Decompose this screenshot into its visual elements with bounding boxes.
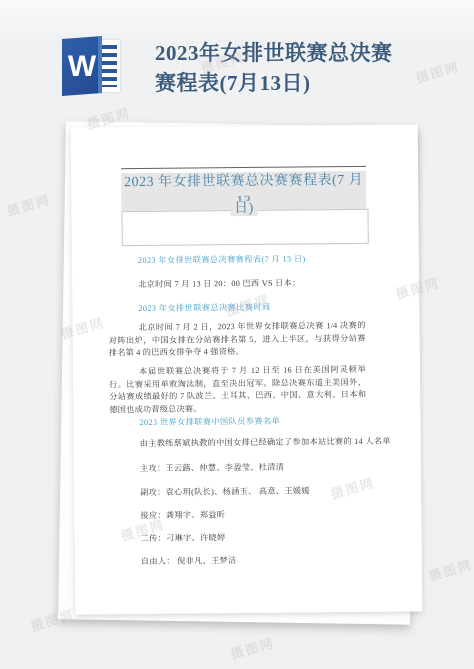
doc-roster-line-opposites: 接应：龚翔宇、郑益昕 — [140, 509, 225, 521]
preview-title-line1: 2023年女排世联赛总决赛 — [155, 38, 405, 68]
doc-roster-line-liberos: 自由人： 倪非凡、王梦洁 — [141, 555, 237, 567]
document-page: 2023 年女排世联赛总决赛赛程表(7 月 13 日) 2023 年女排世联赛总… — [71, 124, 423, 614]
doc-top-divider — [121, 166, 366, 169]
doc-roster-line-middle-blockers: 副攻：袁心玥(队长)、杨涵玉、 高意、王媛媛 — [140, 485, 310, 498]
site-watermark: 摄图网 — [413, 56, 462, 87]
doc-subheading-roster: 2023 世界女排联赛中国队员参赛名单 — [139, 416, 280, 428]
doc-paragraph-finals-info: 本届世联赛总决赛将于 7 月 12 日至 16 日在美国阿灵顿举行。比赛采用单败… — [109, 364, 366, 417]
word-icon: W — [62, 36, 118, 96]
preview-stage: W 2023年女排世联赛总决赛 赛程表(7月13日) 2023 年女排世联赛总决… — [0, 0, 474, 669]
word-icon-cover-panel: W — [62, 36, 102, 96]
site-watermark: 摄图网 — [228, 632, 277, 663]
doc-subheading-match-time: 2023 年女排世联赛总决赛比赛时间 — [138, 302, 270, 314]
doc-title-line2: 日) — [121, 198, 366, 220]
doc-schedule-text: 北京时间 7 月 13 日 20：00 巴西 VS 日本； — [138, 277, 301, 290]
doc-roster-intro: 由主教练蔡斌执教的中国女排已经确定了参加本站比赛的 14 人名单 — [140, 436, 391, 449]
word-icon-letter: W — [68, 52, 96, 82]
doc-subheading-schedule: 2023 年女排世联赛总决赛赛程表(7 月 13 日) — [138, 253, 306, 266]
doc-roster-line-setters: 二传：刁琳宇、许晓婷 — [141, 532, 226, 544]
site-watermark: 摄图网 — [4, 189, 53, 220]
preview-title: 2023年女排世联赛总决赛 赛程表(7月13日) — [155, 38, 405, 98]
doc-roster-line-main-attackers: 主攻：王云蕗、仲慧、李盈莹、杜清清 — [140, 462, 284, 474]
site-watermark: 摄图网 — [426, 554, 474, 585]
preview-title-line2: 赛程表(7月13日) — [155, 68, 405, 98]
doc-paragraph-quarterfinal-draw: 北京时间 7 月 2 日，2023 年世界女排联赛总决赛 1/4 决赛的对阵出炉… — [109, 320, 366, 360]
